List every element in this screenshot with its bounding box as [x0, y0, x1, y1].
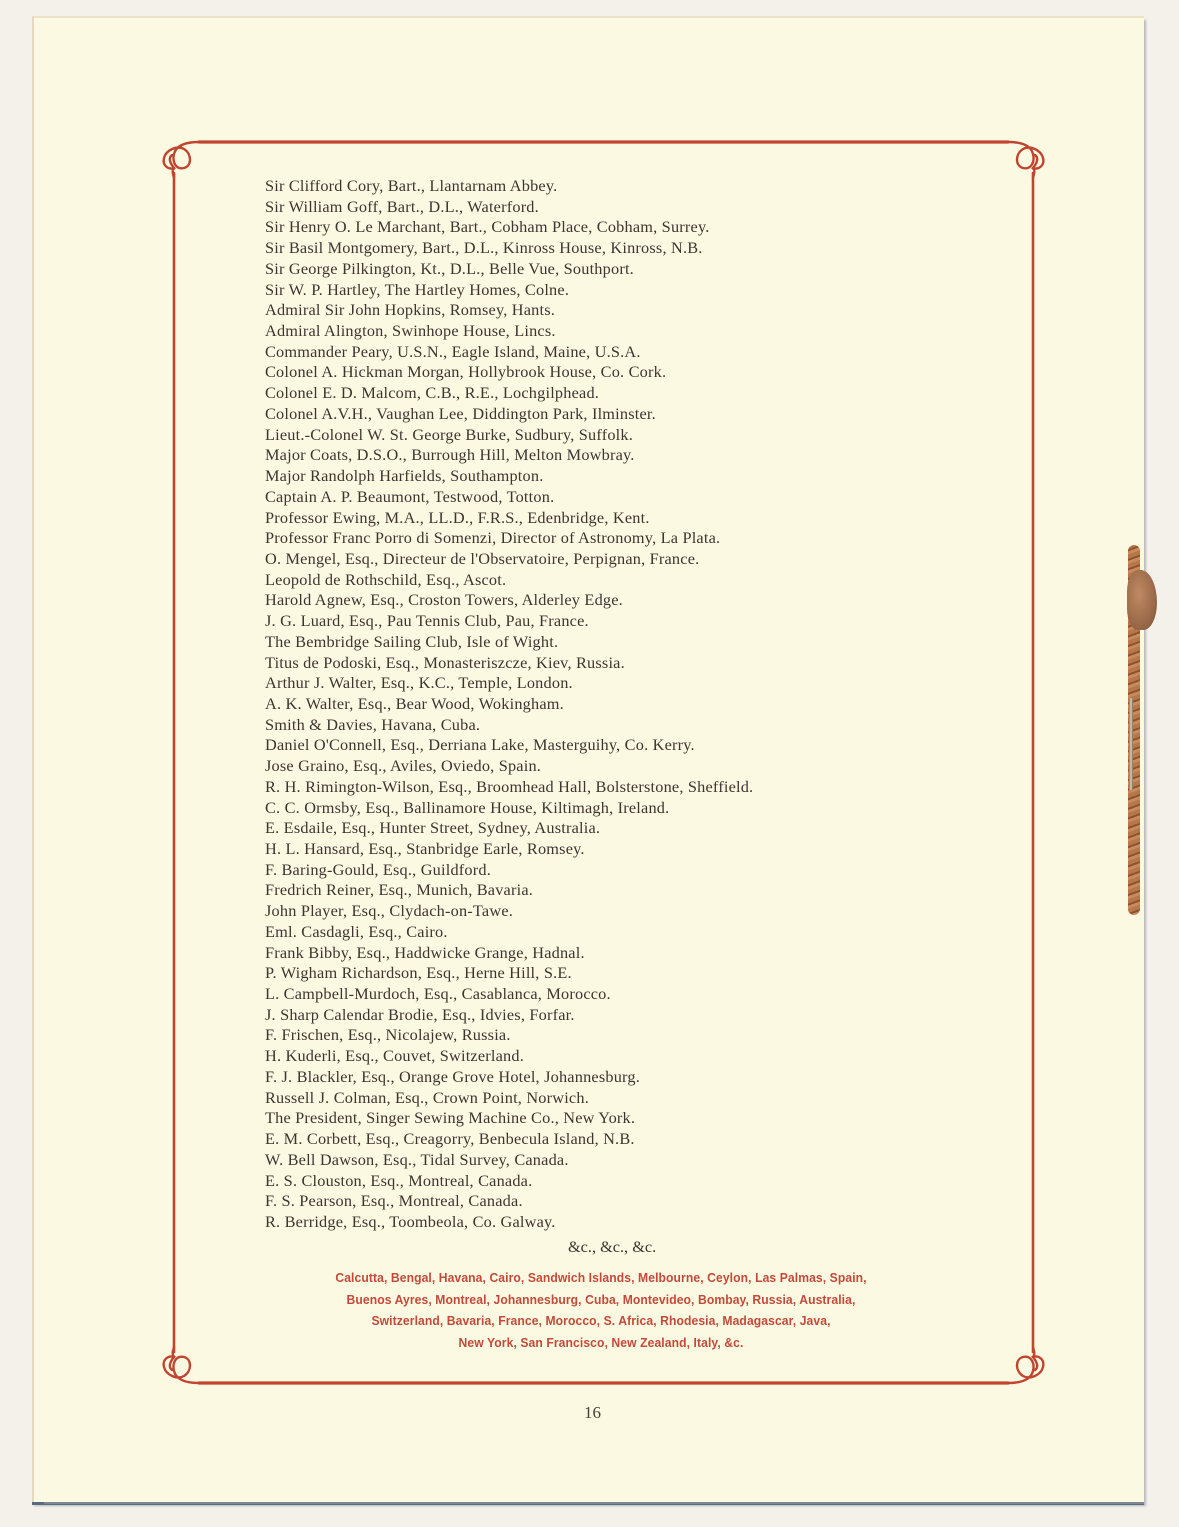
list-item: H. L. Hansard, Esq., Stanbridge Earle, R… [265, 839, 753, 860]
list-item: R. H. Rimington-Wilson, Esq., Broomhead … [265, 777, 753, 798]
corner-flourish-top-left [164, 142, 199, 178]
list-item: The President, Singer Sewing Machine Co.… [265, 1108, 753, 1129]
list-item: The Bembridge Sailing Club, Isle of Wigh… [265, 632, 753, 653]
list-item: Sir William Goff, Bart., D.L., Waterford… [265, 197, 753, 218]
list-item: E. M. Corbett, Esq., Creagorry, Benbecul… [265, 1129, 753, 1150]
list-item: W. Bell Dawson, Esq., Tidal Survey, Cana… [265, 1150, 753, 1171]
list-item: C. C. Ormsby, Esq., Ballinamore House, K… [265, 798, 753, 819]
list-item: Colonel A. Hickman Morgan, Hollybrook Ho… [265, 362, 753, 383]
places-line: Buenos Ayres, Montreal, Johannesburg, Cu… [214, 1289, 989, 1311]
list-item: Fredrich Reiner, Esq., Munich, Bavaria. [265, 880, 753, 901]
etcetera-note: &c., &c., &c. [568, 1237, 656, 1257]
list-item: Professor Ewing, M.A., LL.D., F.R.S., Ed… [265, 508, 753, 529]
list-item: Colonel E. D. Malcom, C.B., R.E., Lochgi… [265, 383, 753, 404]
list-item: Commander Peary, U.S.N., Eagle Island, M… [265, 342, 753, 363]
corner-flourish-bottom-left [164, 1347, 199, 1383]
list-item: Major Randolph Harfields, Southampton. [265, 466, 753, 487]
list-item: Captain A. P. Beaumont, Testwood, Totton… [265, 487, 753, 508]
list-item: Major Coats, D.S.O., Burrough Hill, Melt… [265, 445, 753, 466]
list-item: J. Sharp Calendar Brodie, Esq., Idvies, … [265, 1005, 753, 1026]
list-item: Jose Graino, Esq., Aviles, Oviedo, Spain… [265, 756, 753, 777]
list-item: F. Baring-Gould, Esq., Guildford. [265, 860, 753, 881]
list-item: F. S. Pearson, Esq., Montreal, Canada. [265, 1191, 753, 1212]
list-item: Sir W. P. Hartley, The Hartley Homes, Co… [265, 280, 753, 301]
list-item: Professor Franc Porro di Somenzi, Direct… [265, 528, 753, 549]
list-item: E. S. Clouston, Esq., Montreal, Canada. [265, 1171, 753, 1192]
list-item: Leopold de Rothschild, Esq., Ascot. [265, 570, 753, 591]
list-item: John Player, Esq., Clydach-on-Tawe. [265, 901, 753, 922]
places-list: Calcutta, Bengal, Havana, Cairo, Sandwic… [214, 1267, 989, 1353]
list-item: Smith & Davies, Havana, Cuba. [265, 715, 753, 736]
list-item: Lieut.-Colonel W. St. George Burke, Sudb… [265, 425, 753, 446]
list-item: A. K. Walter, Esq., Bear Wood, Wokingham… [265, 694, 753, 715]
list-item: Arthur J. Walter, Esq., K.C., Temple, Lo… [265, 673, 753, 694]
list-item: P. Wigham Richardson, Esq., Herne Hill, … [265, 963, 753, 984]
places-line: New York, San Francisco, New Zealand, It… [214, 1332, 989, 1354]
list-item: H. Kuderli, Esq., Couvet, Switzerland. [265, 1046, 753, 1067]
list-item: E. Esdaile, Esq., Hunter Street, Sydney,… [265, 818, 753, 839]
list-item: F. J. Blackler, Esq., Orange Grove Hotel… [265, 1067, 753, 1088]
list-item: Admiral Sir John Hopkins, Romsey, Hants. [265, 300, 753, 321]
list-item: J. G. Luard, Esq., Pau Tennis Club, Pau,… [265, 611, 753, 632]
binding-cord-knot [1127, 570, 1157, 630]
list-item: Titus de Podoski, Esq., Monasteriszcze, … [265, 653, 753, 674]
list-item: F. Frischen, Esq., Nicolajew, Russia. [265, 1025, 753, 1046]
list-item: Frank Bibby, Esq., Haddwicke Grange, Had… [265, 943, 753, 964]
list-item: Sir George Pilkington, Kt., D.L., Belle … [265, 259, 753, 280]
list-item: Eml. Casdagli, Esq., Cairo. [265, 922, 753, 943]
binding-staple [1129, 698, 1133, 790]
corner-flourish-bottom-right [1008, 1347, 1043, 1383]
corner-flourish-top-right [1008, 142, 1043, 178]
list-item: R. Berridge, Esq., Toombeola, Co. Galway… [265, 1212, 753, 1233]
list-item: Admiral Alington, Swinhope House, Lincs. [265, 321, 753, 342]
list-item: Colonel A.V.H., Vaughan Lee, Diddington … [265, 404, 753, 425]
list-item: O. Mengel, Esq., Directeur de l'Observat… [265, 549, 753, 570]
places-line: Calcutta, Bengal, Havana, Cairo, Sandwic… [214, 1267, 989, 1289]
page-number: 16 [584, 1403, 601, 1423]
list-item: Sir Henry O. Le Marchant, Bart., Cobham … [265, 217, 753, 238]
places-line: Switzerland, Bavaria, France, Morocco, S… [214, 1310, 989, 1332]
list-item: Daniel O'Connell, Esq., Derriana Lake, M… [265, 735, 753, 756]
list-item: Sir Clifford Cory, Bart., Llantarnam Abb… [265, 176, 753, 197]
list-item: L. Campbell-Murdoch, Esq., Casablanca, M… [265, 984, 753, 1005]
list-item: Harold Agnew, Esq., Croston Towers, Alde… [265, 590, 753, 611]
subscriber-list: Sir Clifford Cory, Bart., Llantarnam Abb… [265, 176, 753, 1233]
list-item: Sir Basil Montgomery, Bart., D.L., Kinro… [265, 238, 753, 259]
list-item: Russell J. Colman, Esq., Crown Point, No… [265, 1088, 753, 1109]
